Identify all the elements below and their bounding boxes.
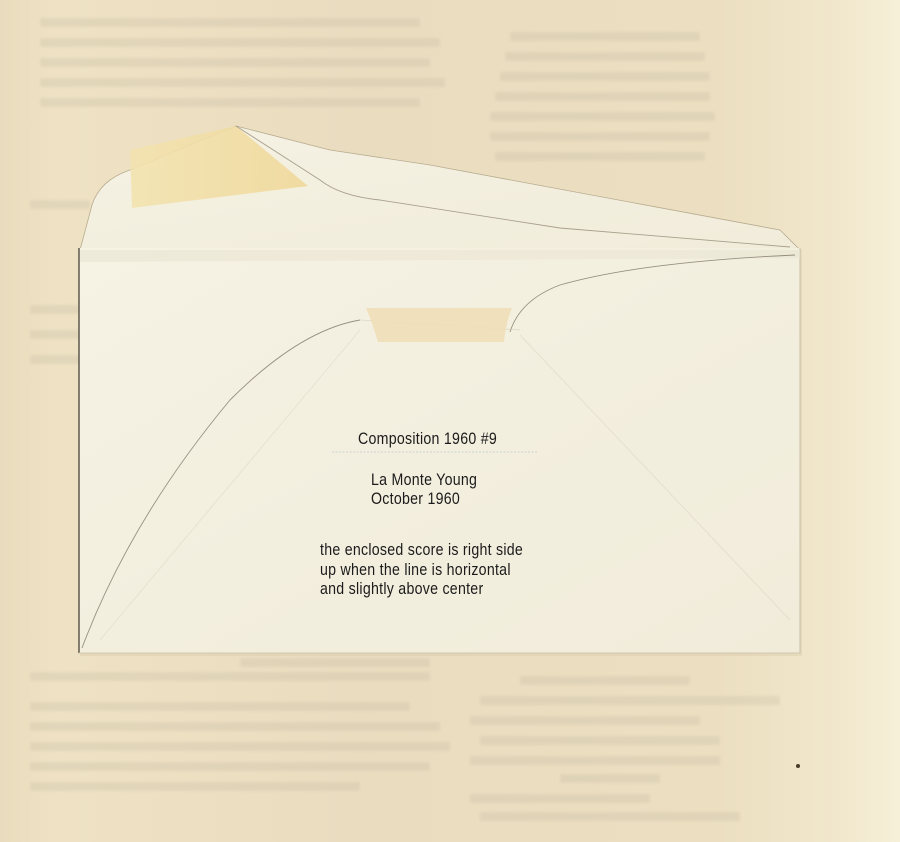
instruction-line: and slightly above center	[320, 580, 523, 600]
composition-date: October 1960	[371, 490, 477, 509]
author-and-date: La Monte Young October 1960	[371, 471, 477, 509]
tape-strip-seal	[366, 308, 512, 342]
author-name: La Monte Young	[371, 471, 477, 490]
instruction-line: the enclosed score is right side	[320, 541, 523, 561]
envelope	[0, 0, 900, 842]
instruction-line: up when the line is horizontal	[320, 561, 523, 581]
score-instructions: the enclosed score is right side up when…	[320, 541, 523, 600]
composition-title: Composition 1960 #9	[358, 430, 497, 449]
